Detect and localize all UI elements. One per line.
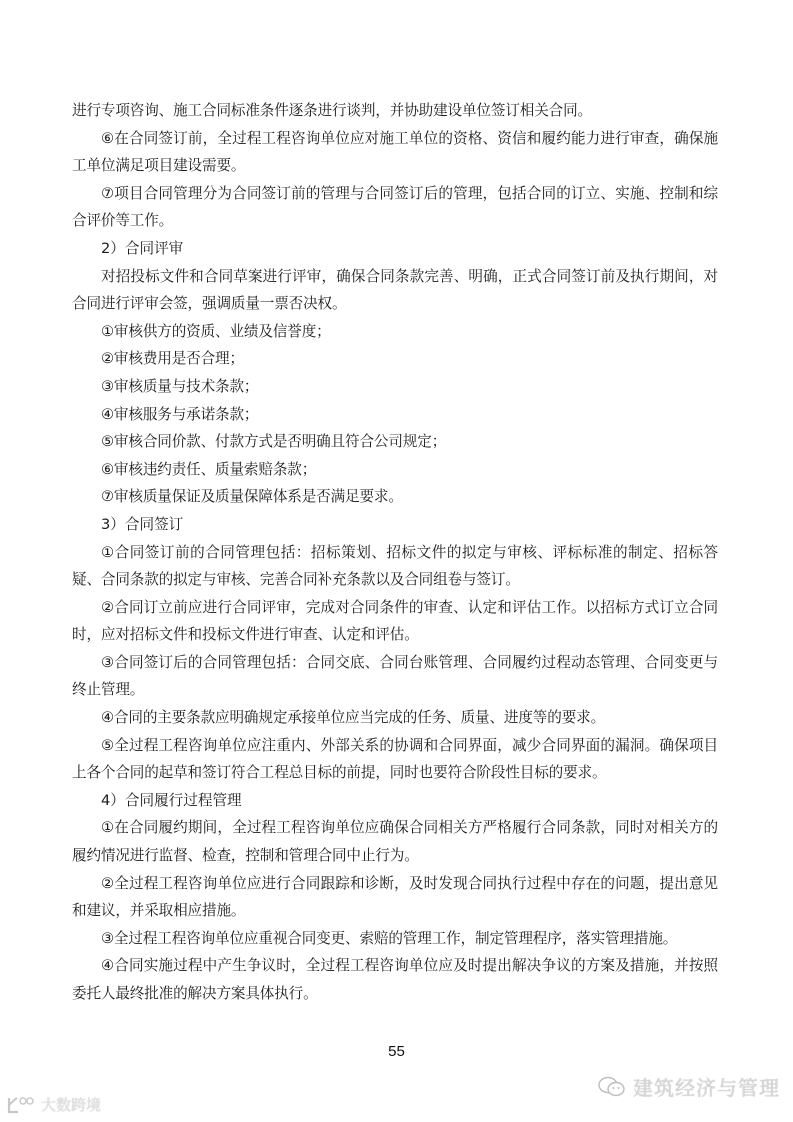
list-item-performance-2: ②全过程工程咨询单位应进行合同跟踪和诊断，及时发现合同执行过程中存在的问题，提出…: [72, 870, 718, 925]
watermark-source-name: 大数跨境: [41, 1094, 101, 1115]
list-item-review-3: ③审核质量与技术条款；: [72, 373, 718, 401]
paragraph-continuation: 进行专项咨询、施工合同标准条件逐条进行谈判，并协助建设单位签订相关合同。: [72, 97, 718, 125]
paragraph-item-7-contract-management: ⑦项目合同管理分为合同签订前的管理与合同签订后的管理，包括合同的订立、实施、控制…: [72, 180, 718, 235]
list-item-review-7: ⑦审核质量保证及质量保障体系是否满足要求。: [72, 483, 718, 511]
paragraph-review-intro: 对招投标文件和合同草案进行评审，确保合同条款完善、明确，正式合同签订前及执行期间…: [72, 263, 718, 318]
paragraph-item-6-contract-review: ⑥在合同签订前，全过程工程咨询单位应对施工单位的资格、资信和履约能力进行审查，确…: [72, 125, 718, 180]
list-item-review-5: ⑤审核合同价款、付款方式是否明确且符合公司规定；: [72, 428, 718, 456]
page-number: 55: [0, 1043, 793, 1060]
list-item-review-1: ①审核供方的资质、业绩及信誉度；: [72, 318, 718, 346]
list-item-review-6: ⑥审核违约责任、质量索赔条款；: [72, 456, 718, 484]
section-heading-contract-review: 2）合同评审: [72, 235, 718, 263]
list-item-review-2: ②审核费用是否合理；: [72, 345, 718, 373]
list-item-review-4: ④审核服务与承诺条款；: [72, 401, 718, 429]
list-item-signing-2: ②合同订立前应进行合同评审，完成对合同条件的审查、认定和评估工作。以招标方式订立…: [72, 594, 718, 649]
list-item-performance-3: ③全过程工程咨询单位应重视合同变更、索赔的管理工作，制定管理程序，落实管理措施。: [72, 925, 718, 953]
list-item-signing-5: ⑤全过程工程咨询单位应注重内、外部关系的协调和合同界面，减少合同界面的漏洞。确保…: [72, 732, 718, 787]
list-item-signing-1: ①合同签订前的合同管理包括：招标策划、招标文件的拟定与审核、评标标准的制定、招标…: [72, 539, 718, 594]
list-item-performance-4: ④合同实施过程中产生争议时，全过程工程咨询单位应及时提出解决争议的方案及措施，并…: [72, 952, 718, 1007]
wechat-icon: [597, 1075, 627, 1099]
watermark-source-logo: 大数跨境: [6, 1094, 101, 1115]
watermark-account-name: 建筑经济与管理: [633, 1072, 780, 1101]
watermark-wechat-account: 建筑经济与管理: [597, 1072, 780, 1101]
logo-icon: [6, 1096, 36, 1114]
list-item-signing-3: ③合同签订后的合同管理包括：合同交底、合同台账管理、合同履约过程动态管理、合同变…: [72, 649, 718, 704]
section-heading-contract-performance: 4）合同履行过程管理: [72, 787, 718, 815]
document-page: 进行专项咨询、施工合同标准条件逐条进行谈判，并协助建设单位签订相关合同。 ⑥在合…: [72, 97, 718, 1008]
list-item-signing-4: ④合同的主要条款应明确规定承接单位应当完成的任务、质量、进度等的要求。: [72, 704, 718, 732]
section-heading-contract-signing: 3）合同签订: [72, 511, 718, 539]
list-item-performance-1: ①在合同履约期间，全过程工程咨询单位应确保合同相关方严格履行合同条款，同时对相关…: [72, 814, 718, 869]
